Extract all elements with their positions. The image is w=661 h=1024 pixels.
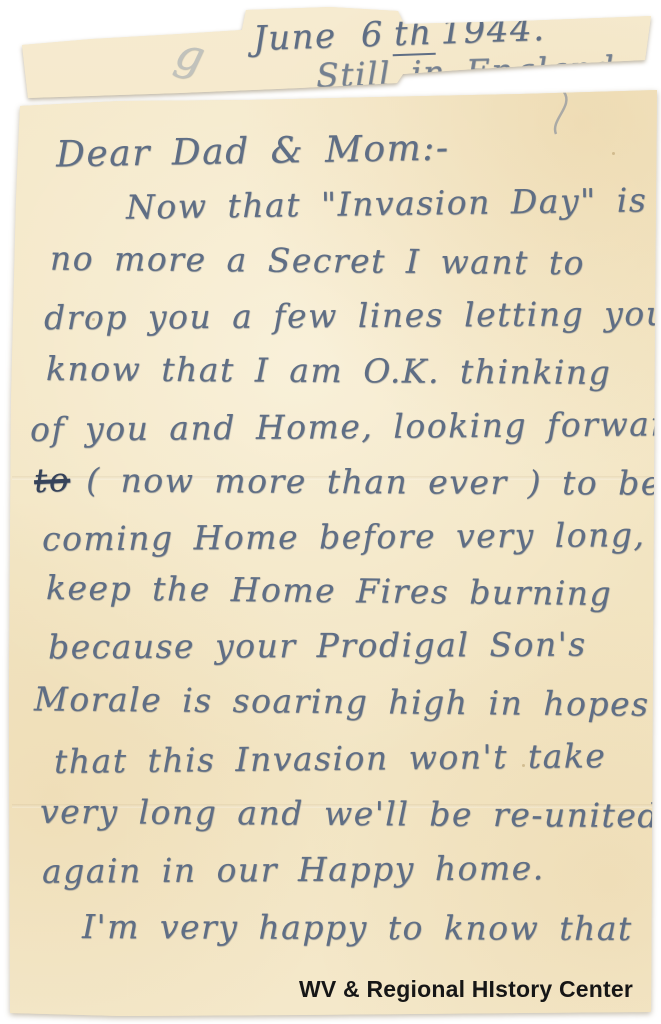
- letter-line-text: ( now more than ever ) to be: [86, 461, 661, 503]
- letter-line: Now that "Invasion Day" is: [126, 180, 648, 226]
- struck-word: to: [33, 460, 71, 501]
- watermark-label: WV & Regional HIstory Center: [299, 976, 633, 1003]
- letter-line: know that I am O.K. thinking: [46, 349, 612, 392]
- letter-line: drop you a few lines letting you: [44, 294, 661, 337]
- letter-line: I'm very happy to know that: [82, 907, 633, 948]
- letter-line: very long and we'll be re-united: [40, 792, 660, 835]
- letter-line: Morale is soaring high in hopes: [34, 679, 650, 723]
- paper-main: Dear Dad & Mom:- Now that "Invasion Day"…: [0, 0, 661, 1024]
- paper-speck: [612, 152, 615, 155]
- letter-line: of you and Home, looking forward: [30, 404, 661, 449]
- letter-line: that this Invasion won't take: [54, 736, 607, 781]
- letter-line: no more a Secret I want to: [50, 239, 585, 283]
- letter-line: because your Prodigal Son's: [48, 625, 587, 667]
- letter-line: coming Home before very long, so: [42, 515, 661, 559]
- letter-line: again in our Happy home.: [42, 848, 545, 891]
- salutation: Dear Dad & Mom:-: [56, 128, 450, 176]
- letter-scan: g June 6th1944. Still in England Dear Da…: [0, 0, 661, 1024]
- ink-fragment-descender: [542, 90, 602, 140]
- letter-line: keep the Home Fires burning: [46, 568, 613, 613]
- letter-line: to( now more than ever ) to be: [34, 460, 661, 502]
- paper-main-surface: Dear Dad & Mom:- Now that "Invasion Day"…: [0, 0, 661, 1024]
